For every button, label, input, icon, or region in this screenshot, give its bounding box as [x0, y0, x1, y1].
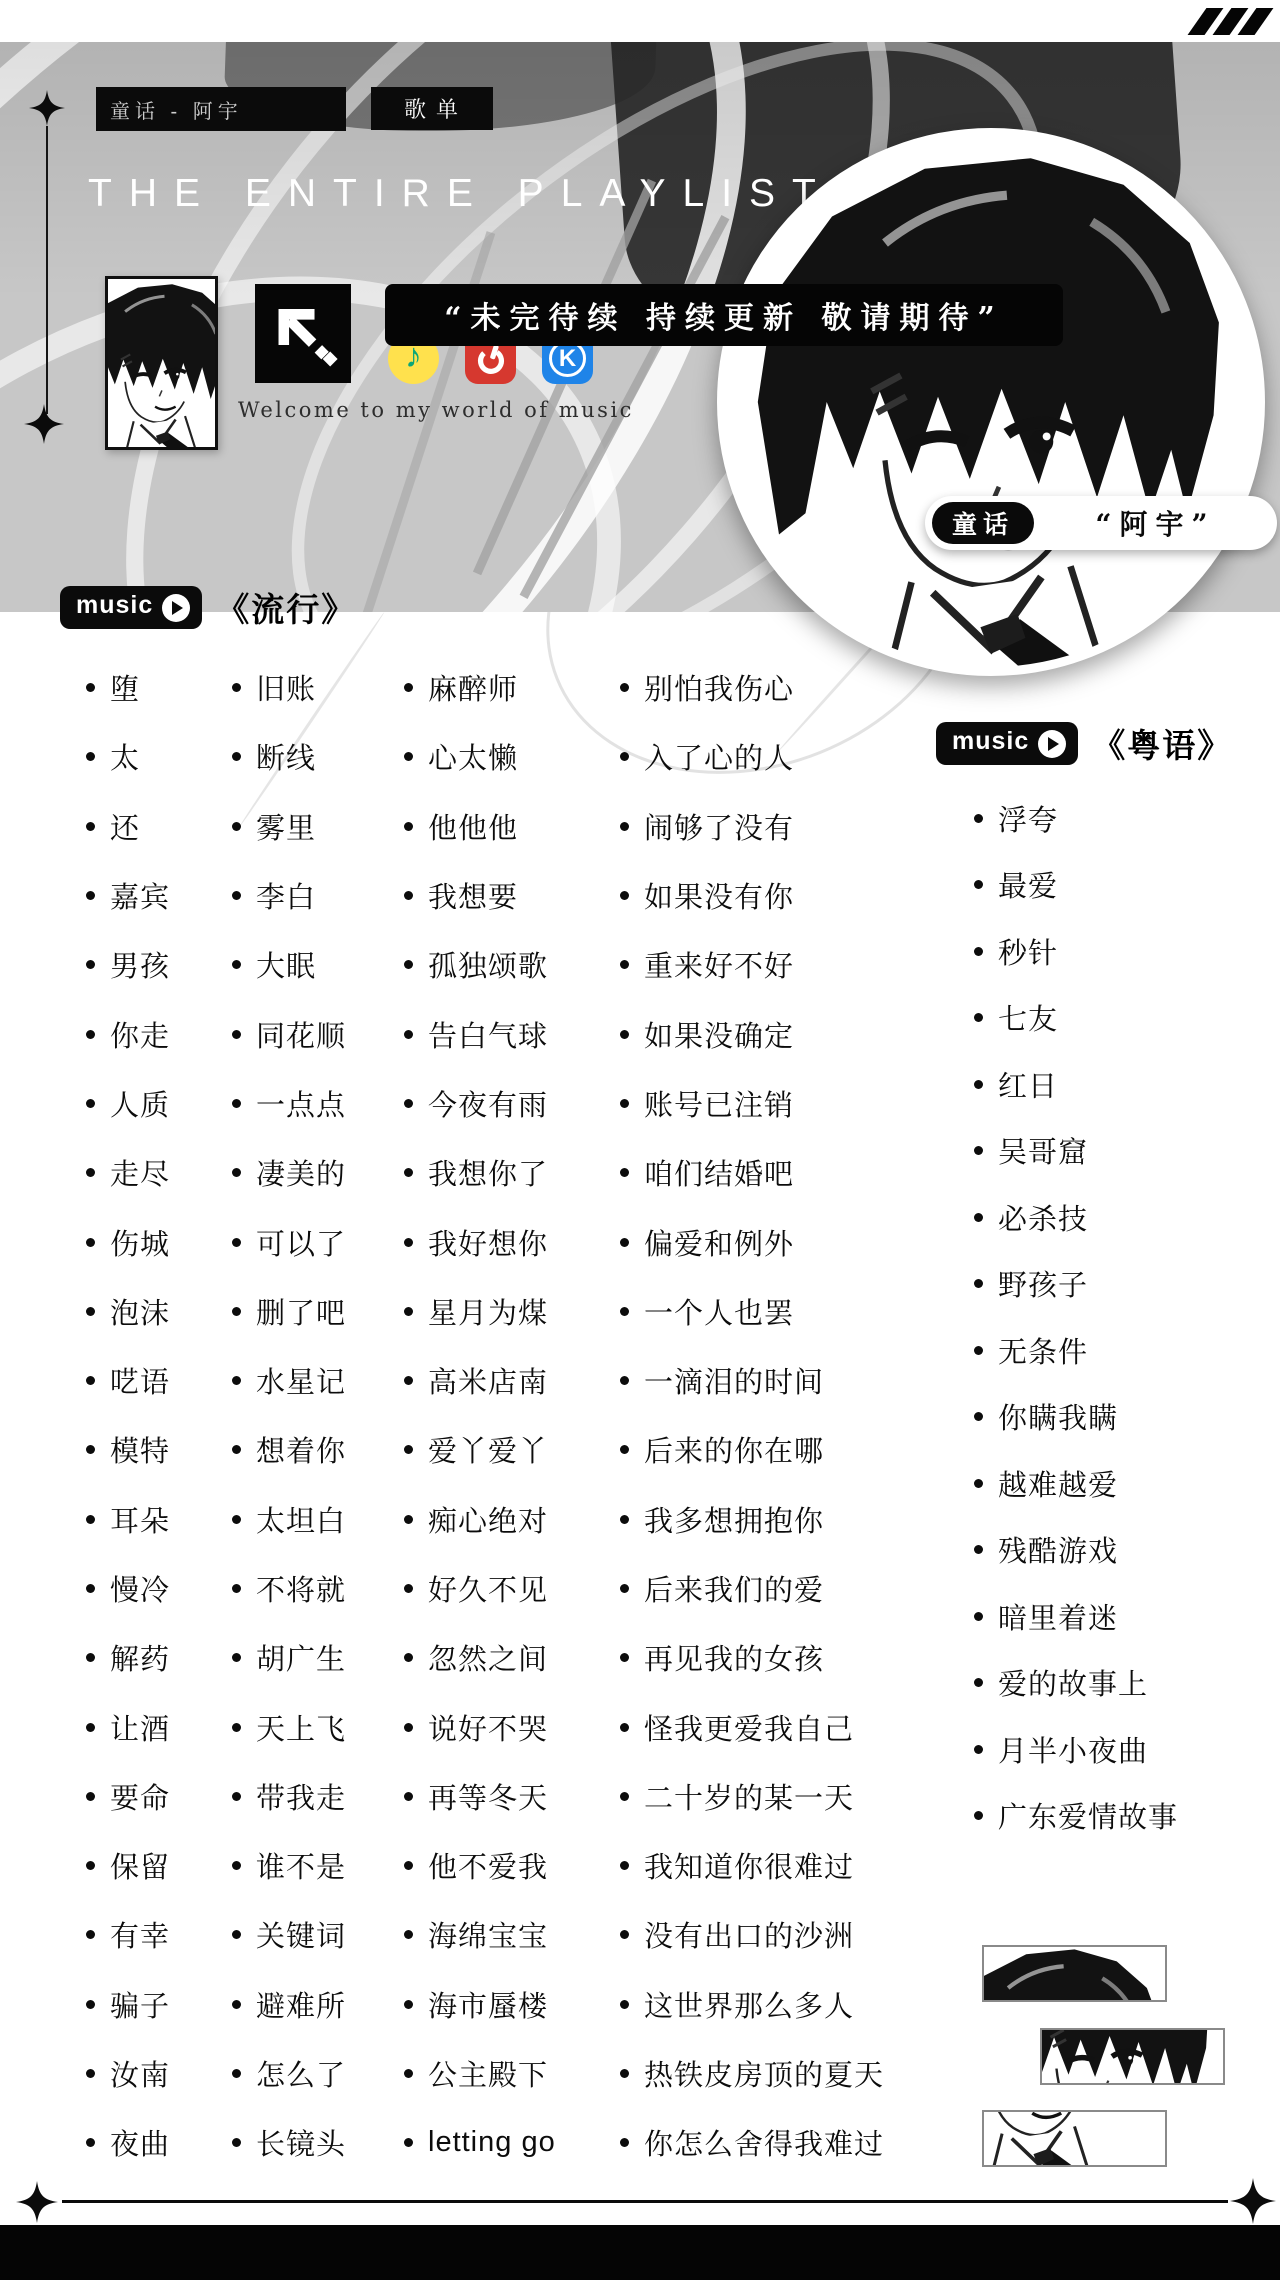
bullet-icon: [620, 1445, 629, 1454]
song-item[interactable]: 今夜有雨: [404, 1069, 556, 1138]
bullet-icon: [620, 822, 629, 831]
song-title: letting go: [428, 2126, 556, 2159]
song-title: 关键词: [256, 1914, 346, 1955]
song-title: 谁不是: [256, 1845, 346, 1886]
song-item[interactable]: 一个人也罢: [620, 1277, 884, 1346]
triple-slash-icon: [1197, 8, 1264, 35]
main-avatar: [717, 128, 1265, 676]
song-title: 走尽: [110, 1152, 170, 1193]
bullet-icon: [620, 1238, 629, 1247]
bullet-icon: [620, 1653, 629, 1662]
bullet-icon: [974, 1013, 983, 1022]
song-item[interactable]: 热铁皮房顶的夏天: [620, 2039, 884, 2108]
song-item[interactable]: 可以了: [232, 1207, 346, 1276]
song-item[interactable]: 凄美的: [232, 1138, 346, 1207]
bullet-icon: [620, 1515, 629, 1524]
page-title: THE ENTIRE PLAYLIST: [88, 172, 833, 216]
song-title: 你怎么舍得我难过: [644, 2122, 884, 2163]
bullet-icon: [974, 1811, 983, 1820]
song-item[interactable]: 偏爱和例外: [620, 1207, 884, 1276]
bullet-icon: [404, 1723, 413, 1732]
song-title: 吴哥窟: [998, 1130, 1088, 1171]
bullet-icon: [620, 2138, 629, 2147]
song-item[interactable]: 删了吧: [232, 1277, 346, 1346]
song-title: 我想要: [428, 875, 518, 916]
song-title: 爱丫爱丫: [428, 1429, 548, 1470]
bullet-icon: [232, 1030, 241, 1039]
bullet-icon: [974, 1346, 983, 1355]
song-title: 你走: [110, 1014, 170, 1055]
bullet-icon: [232, 752, 241, 761]
song-item[interactable]: 残酷游戏: [974, 1517, 1178, 1584]
song-item[interactable]: 二十岁的某一天: [620, 1762, 884, 1831]
sparkle-icon: [29, 90, 65, 126]
song-title: 嘉宾: [110, 875, 170, 916]
song-title: 咱们结婚吧: [644, 1152, 794, 1193]
bullet-icon: [86, 2069, 95, 2078]
bullet-icon: [620, 1168, 629, 1177]
bullet-icon: [404, 1445, 413, 1454]
bullet-icon: [974, 880, 983, 889]
song-item[interactable]: 雾里: [232, 792, 346, 861]
song-title: 要命: [110, 1776, 170, 1817]
bullet-icon: [620, 1584, 629, 1593]
bullet-icon: [620, 752, 629, 761]
bullet-icon: [404, 1168, 413, 1177]
song-item[interactable]: 高米店南: [404, 1346, 556, 1415]
song-title: 痴心绝对: [428, 1499, 548, 1540]
music-badge[interactable]: music: [936, 722, 1078, 765]
song-item[interactable]: 他不爱我: [404, 1831, 556, 1900]
arrow-up-left-icon[interactable]: [255, 284, 351, 383]
song-title: 高米店南: [428, 1360, 548, 1401]
song-title: 骗子: [110, 1984, 170, 2025]
bullet-icon: [86, 1099, 95, 1108]
song-item[interactable]: 带我走: [232, 1762, 346, 1831]
song-title: 别怕我伤心: [644, 667, 794, 708]
song-title: 同花顺: [256, 1014, 346, 1055]
song-title: 汝南: [110, 2053, 170, 2094]
song-title: 后来的你在哪: [644, 1429, 824, 1470]
song-title: 热铁皮房顶的夏天: [644, 2053, 884, 2094]
pop-song-column-1: 堕太还嘉宾男孩你走人质走尽伤城泡沫呓语模特耳朵慢冷解药让酒要命保留有幸骗子汝南夜…: [86, 653, 170, 2178]
song-title: 月半小夜曲: [998, 1729, 1148, 1770]
song-item[interactable]: 再等冬天: [404, 1762, 556, 1831]
song-title: 李白: [256, 875, 316, 916]
song-title: 好久不见: [428, 1568, 548, 1609]
bullet-icon: [86, 2000, 95, 2009]
bullet-icon: [404, 1376, 413, 1385]
song-title: 忽然之间: [428, 1637, 548, 1678]
bullet-icon: [974, 1146, 983, 1155]
footer-bar: [0, 2225, 1280, 2280]
song-item[interactable]: 旧账: [232, 653, 346, 722]
song-item[interactable]: 呓语: [86, 1346, 170, 1415]
bullet-icon: [232, 683, 241, 692]
bullet-icon: [974, 1479, 983, 1488]
song-title: 无条件: [998, 1330, 1088, 1371]
bullet-icon: [404, 1307, 413, 1316]
song-title: 说好不哭: [428, 1707, 548, 1748]
song-item[interactable]: 秒针: [974, 918, 1178, 985]
bullet-icon: [404, 1653, 413, 1662]
song-item[interactable]: 忽然之间: [404, 1623, 556, 1692]
song-item[interactable]: 保留: [86, 1831, 170, 1900]
song-item[interactable]: 说好不哭: [404, 1692, 556, 1761]
song-title: 野孩子: [998, 1263, 1088, 1304]
sparkle-icon: [1230, 2178, 1276, 2224]
song-item[interactable]: 闹够了没有: [620, 792, 884, 861]
song-item[interactable]: 浮夸: [974, 785, 1178, 852]
song-title: 偏爱和例外: [644, 1222, 794, 1263]
song-title: 海市蜃楼: [428, 1984, 548, 2025]
song-item[interactable]: 最爱: [974, 852, 1178, 919]
bullet-icon: [86, 1515, 95, 1524]
song-title: 他不爱我: [428, 1845, 548, 1886]
song-title: 旧账: [256, 667, 316, 708]
song-item[interactable]: 我多想拥抱你: [620, 1485, 884, 1554]
play-icon: [1038, 730, 1066, 758]
song-title: 男孩: [110, 944, 170, 985]
song-title: 后来我们的爱: [644, 1568, 824, 1609]
song-item[interactable]: 咱们结婚吧: [620, 1138, 884, 1207]
song-title: 闹够了没有: [644, 806, 794, 847]
bullet-icon: [620, 1930, 629, 1939]
song-item[interactable]: 断线: [232, 722, 346, 791]
song-item[interactable]: 一滴泪的时间: [620, 1346, 884, 1415]
song-item[interactable]: 耳朵: [86, 1485, 170, 1554]
song-item[interactable]: 你怎么舍得我难过: [620, 2108, 884, 2177]
bullet-icon: [620, 1376, 629, 1385]
song-title: 水星记: [256, 1360, 346, 1401]
song-item[interactable]: 关键词: [232, 1900, 346, 1969]
song-title: 解药: [110, 1637, 170, 1678]
song-item[interactable]: 入了心的人: [620, 722, 884, 791]
song-title: 慢冷: [110, 1568, 170, 1609]
song-title: 凄美的: [256, 1152, 346, 1193]
bullet-icon: [232, 1861, 241, 1870]
song-title: 胡广生: [256, 1637, 346, 1678]
song-title: 雾里: [256, 806, 316, 847]
song-item[interactable]: 爱的故事上: [974, 1650, 1178, 1717]
song-item[interactable]: 怎么了: [232, 2039, 346, 2108]
bullet-icon: [620, 2069, 629, 2078]
bullet-icon: [232, 1723, 241, 1732]
song-item[interactable]: 告白气球: [404, 999, 556, 1068]
bullet-icon: [232, 1584, 241, 1593]
tag-label: 童话: [932, 502, 1034, 544]
bullet-icon: [232, 1099, 241, 1108]
song-item[interactable]: 好久不见: [404, 1554, 556, 1623]
song-item[interactable]: 水星记: [232, 1346, 346, 1415]
bullet-icon: [232, 891, 241, 900]
cantonese-song-column: 浮夸最爱秒针七友红日吴哥窟必杀技野孩子无条件你瞒我瞒越难越爱残酷游戏暗里着迷爱的…: [974, 785, 1178, 1849]
song-title: 堕: [110, 667, 140, 708]
bullet-icon: [86, 1376, 95, 1385]
song-item[interactable]: 谁不是: [232, 1831, 346, 1900]
pop-song-column-2: 旧账断线雾里李白大眠同花顺一点点凄美的可以了删了吧水星记想着你太坦白不将就胡广生…: [232, 653, 346, 2178]
manga-strip-eyes: [1040, 2028, 1225, 2085]
song-item[interactable]: 后来我们的爱: [620, 1554, 884, 1623]
bullet-icon: [404, 891, 413, 900]
song-item[interactable]: 骗子: [86, 1970, 170, 2039]
song-item[interactable]: 无条件: [974, 1317, 1178, 1384]
song-title: 浮夸: [998, 798, 1058, 839]
song-item[interactable]: 孤独颂歌: [404, 930, 556, 999]
song-item[interactable]: letting go: [404, 2108, 556, 2177]
song-item[interactable]: 如果没确定: [620, 999, 884, 1068]
song-item[interactable]: 泡沫: [86, 1277, 170, 1346]
song-title: 保留: [110, 1845, 170, 1886]
song-item[interactable]: 公主殿下: [404, 2039, 556, 2108]
bullet-icon: [86, 1030, 95, 1039]
play-icon: [162, 594, 190, 622]
song-item[interactable]: 重来好不好: [620, 930, 884, 999]
bullet-icon: [232, 822, 241, 831]
song-item[interactable]: 要命: [86, 1762, 170, 1831]
bullet-icon: [974, 1678, 983, 1687]
song-title: 如果没确定: [644, 1014, 794, 1055]
song-item[interactable]: 解药: [86, 1623, 170, 1692]
song-title: 不将就: [256, 1568, 346, 1609]
song-item[interactable]: 伤城: [86, 1207, 170, 1276]
song-item[interactable]: 我知道你很难过: [620, 1831, 884, 1900]
song-title: 天上飞: [256, 1707, 346, 1748]
song-item[interactable]: 后来的你在哪: [620, 1415, 884, 1484]
bullet-icon: [404, 1792, 413, 1801]
bullet-icon: [86, 1723, 95, 1732]
song-title: 最爱: [998, 864, 1058, 905]
song-title: 太: [110, 736, 140, 777]
footer-divider: [62, 2200, 1228, 2203]
song-item[interactable]: 堕: [86, 653, 170, 722]
manga-strip-hair: [982, 1945, 1167, 2002]
song-item[interactable]: 一点点: [232, 1069, 346, 1138]
song-item[interactable]: 想着你: [232, 1415, 346, 1484]
song-item[interactable]: 七友: [974, 985, 1178, 1052]
bullet-icon: [404, 1584, 413, 1593]
song-item[interactable]: 太: [86, 722, 170, 791]
vertical-divider: [46, 126, 48, 414]
song-title: 让酒: [110, 1707, 170, 1748]
song-item[interactable]: 模特: [86, 1415, 170, 1484]
playlist-page: 歌单 THE ENTIRE PLAYLIST “未完待续 持续更新 敬请期待” …: [0, 0, 1280, 2280]
song-title: 红日: [998, 1064, 1058, 1105]
bullet-icon: [974, 947, 983, 956]
song-title: 孤独颂歌: [428, 944, 548, 985]
song-item[interactable]: 人质: [86, 1069, 170, 1138]
song-title: 秒针: [998, 931, 1058, 972]
song-item[interactable]: 你走: [86, 999, 170, 1068]
song-item[interactable]: 避难所: [232, 1970, 346, 2039]
song-item[interactable]: 让酒: [86, 1692, 170, 1761]
bullet-icon: [404, 1099, 413, 1108]
song-title: 我多想拥抱你: [644, 1499, 824, 1540]
bullet-icon: [232, 1376, 241, 1385]
bullet-icon: [404, 2138, 413, 2147]
song-item[interactable]: 不将就: [232, 1554, 346, 1623]
song-item[interactable]: 男孩: [86, 930, 170, 999]
song-item[interactable]: 他他他: [404, 792, 556, 861]
song-item[interactable]: 嘉宾: [86, 861, 170, 930]
song-item[interactable]: 还: [86, 792, 170, 861]
song-item[interactable]: 越难越爱: [974, 1450, 1178, 1517]
song-item[interactable]: 海市蜃楼: [404, 1970, 556, 2039]
bullet-icon: [404, 1030, 413, 1039]
song-item[interactable]: 麻醉师: [404, 653, 556, 722]
song-item[interactable]: 月半小夜曲: [974, 1716, 1178, 1783]
bullet-icon: [620, 1723, 629, 1732]
song-title: 公主殿下: [428, 2053, 548, 2094]
bullet-icon: [974, 1545, 983, 1554]
bullet-icon: [86, 822, 95, 831]
search-bar[interactable]: [96, 87, 346, 131]
song-item[interactable]: 天上飞: [232, 1692, 346, 1761]
song-item[interactable]: 怪我更爱我自己: [620, 1692, 884, 1761]
artist-name-tag: 童话 “阿宇”: [925, 496, 1277, 550]
song-item[interactable]: 我想要: [404, 861, 556, 930]
song-title: 怎么了: [256, 2053, 346, 2094]
song-item[interactable]: 夜曲: [86, 2108, 170, 2177]
song-title: 还: [110, 806, 140, 847]
song-title: 七友: [998, 997, 1058, 1038]
kugou-k-glyph: K: [559, 345, 576, 373]
song-item[interactable]: 如果没有你: [620, 861, 884, 930]
section-header-pop: music 《流行》: [60, 584, 356, 631]
song-item[interactable]: 海绵宝宝: [404, 1900, 556, 1969]
bullet-icon: [404, 752, 413, 761]
song-title: 一个人也罢: [644, 1291, 794, 1332]
song-item[interactable]: 吴哥窟: [974, 1118, 1178, 1185]
song-item[interactable]: 李白: [232, 861, 346, 930]
music-badge-label: music: [76, 591, 153, 620]
song-item[interactable]: 你瞒我瞒: [974, 1384, 1178, 1451]
bullet-icon: [86, 891, 95, 900]
bullet-icon: [404, 1238, 413, 1247]
song-title: 账号已注销: [644, 1083, 794, 1124]
song-title: 泡沫: [110, 1291, 170, 1332]
bullet-icon: [974, 814, 983, 823]
search-input[interactable]: [108, 97, 377, 122]
bullet-icon: [86, 1584, 95, 1593]
song-item[interactable]: 胡广生: [232, 1623, 346, 1692]
song-item[interactable]: 同花顺: [232, 999, 346, 1068]
song-item[interactable]: 痴心绝对: [404, 1485, 556, 1554]
song-item[interactable]: 长镜头: [232, 2108, 346, 2177]
bullet-icon: [86, 1445, 95, 1454]
song-item[interactable]: 广东爱情故事: [974, 1783, 1178, 1850]
section-title-cantonese: 《粤语》: [1092, 720, 1232, 767]
song-title: 一滴泪的时间: [644, 1360, 824, 1401]
bullet-icon: [974, 1213, 983, 1222]
bullet-icon: [974, 1279, 983, 1288]
bullet-icon: [620, 1307, 629, 1316]
song-item[interactable]: 我想你了: [404, 1138, 556, 1207]
song-title: 残酷游戏: [998, 1529, 1118, 1570]
song-item[interactable]: 暗里着迷: [974, 1583, 1178, 1650]
bullet-icon: [620, 2000, 629, 2009]
song-title: 告白气球: [428, 1014, 548, 1055]
section-title-pop: 《流行》: [216, 584, 356, 631]
song-item[interactable]: 爱丫爱丫: [404, 1415, 556, 1484]
song-item[interactable]: 星月为煤: [404, 1277, 556, 1346]
song-item[interactable]: 大眠: [232, 930, 346, 999]
bullet-icon: [620, 1861, 629, 1870]
bullet-icon: [974, 1080, 983, 1089]
song-title: 人质: [110, 1083, 170, 1124]
song-title: 心太懒: [428, 736, 518, 777]
song-title: 重来好不好: [644, 944, 794, 985]
bullet-icon: [404, 1515, 413, 1524]
song-title: 夜曲: [110, 2122, 170, 2163]
song-item[interactable]: 慢冷: [86, 1554, 170, 1623]
song-item[interactable]: 走尽: [86, 1138, 170, 1207]
song-item[interactable]: 红日: [974, 1051, 1178, 1118]
music-badge[interactable]: music: [60, 586, 202, 629]
song-title: 他他他: [428, 806, 518, 847]
status-banner: “未完待续 持续更新 敬请期待”: [385, 284, 1063, 346]
song-title: 你瞒我瞒: [998, 1396, 1118, 1437]
avatar-thumbnail: [105, 276, 218, 450]
song-item[interactable]: 心太懒: [404, 722, 556, 791]
music-badge-label: music: [952, 727, 1029, 756]
bullet-icon: [232, 1238, 241, 1247]
bullet-icon: [86, 1653, 95, 1662]
bullet-icon: [232, 1515, 241, 1524]
song-item[interactable]: 账号已注销: [620, 1069, 884, 1138]
bullet-icon: [232, 1307, 241, 1316]
bullet-icon: [86, 1307, 95, 1316]
song-title: 一点点: [256, 1083, 346, 1124]
bullet-icon: [232, 1168, 241, 1177]
artist-name: “阿宇”: [1034, 503, 1277, 543]
song-title: 伤城: [110, 1222, 170, 1263]
song-title: 再见我的女孩: [644, 1637, 824, 1678]
song-item[interactable]: 别怕我伤心: [620, 653, 884, 722]
song-title: 有幸: [110, 1914, 170, 1955]
song-item[interactable]: 必杀技: [974, 1184, 1178, 1251]
song-title: 这世界那么多人: [644, 1984, 854, 2025]
song-item[interactable]: 野孩子: [974, 1251, 1178, 1318]
song-item[interactable]: 再见我的女孩: [620, 1623, 884, 1692]
bullet-icon: [620, 1030, 629, 1039]
bullet-icon: [232, 1930, 241, 1939]
song-item[interactable]: 汝南: [86, 2039, 170, 2108]
song-item[interactable]: 有幸: [86, 1900, 170, 1969]
song-title: 入了心的人: [644, 736, 794, 777]
song-title: 呓语: [110, 1360, 170, 1401]
song-title: 太坦白: [256, 1499, 346, 1540]
bullet-icon: [86, 1792, 95, 1801]
bullet-icon: [232, 2069, 241, 2078]
song-title: 今夜有雨: [428, 1083, 548, 1124]
bullet-icon: [232, 2138, 241, 2147]
song-title: 广东爱情故事: [998, 1795, 1178, 1836]
song-item[interactable]: 这世界那么多人: [620, 1970, 884, 2039]
song-item[interactable]: 太坦白: [232, 1485, 346, 1554]
bullet-icon: [620, 1792, 629, 1801]
bullet-icon: [404, 2069, 413, 2078]
bullet-icon: [974, 1745, 983, 1754]
song-item[interactable]: 没有出口的沙洲: [620, 1900, 884, 1969]
bullet-icon: [620, 891, 629, 900]
bullet-icon: [404, 2000, 413, 2009]
song-item[interactable]: 我好想你: [404, 1207, 556, 1276]
song-title: 星月为煤: [428, 1291, 548, 1332]
song-title: 二十岁的某一天: [644, 1776, 854, 1817]
playlist-button[interactable]: 歌单: [371, 87, 493, 130]
sparkle-icon: [16, 2181, 58, 2223]
